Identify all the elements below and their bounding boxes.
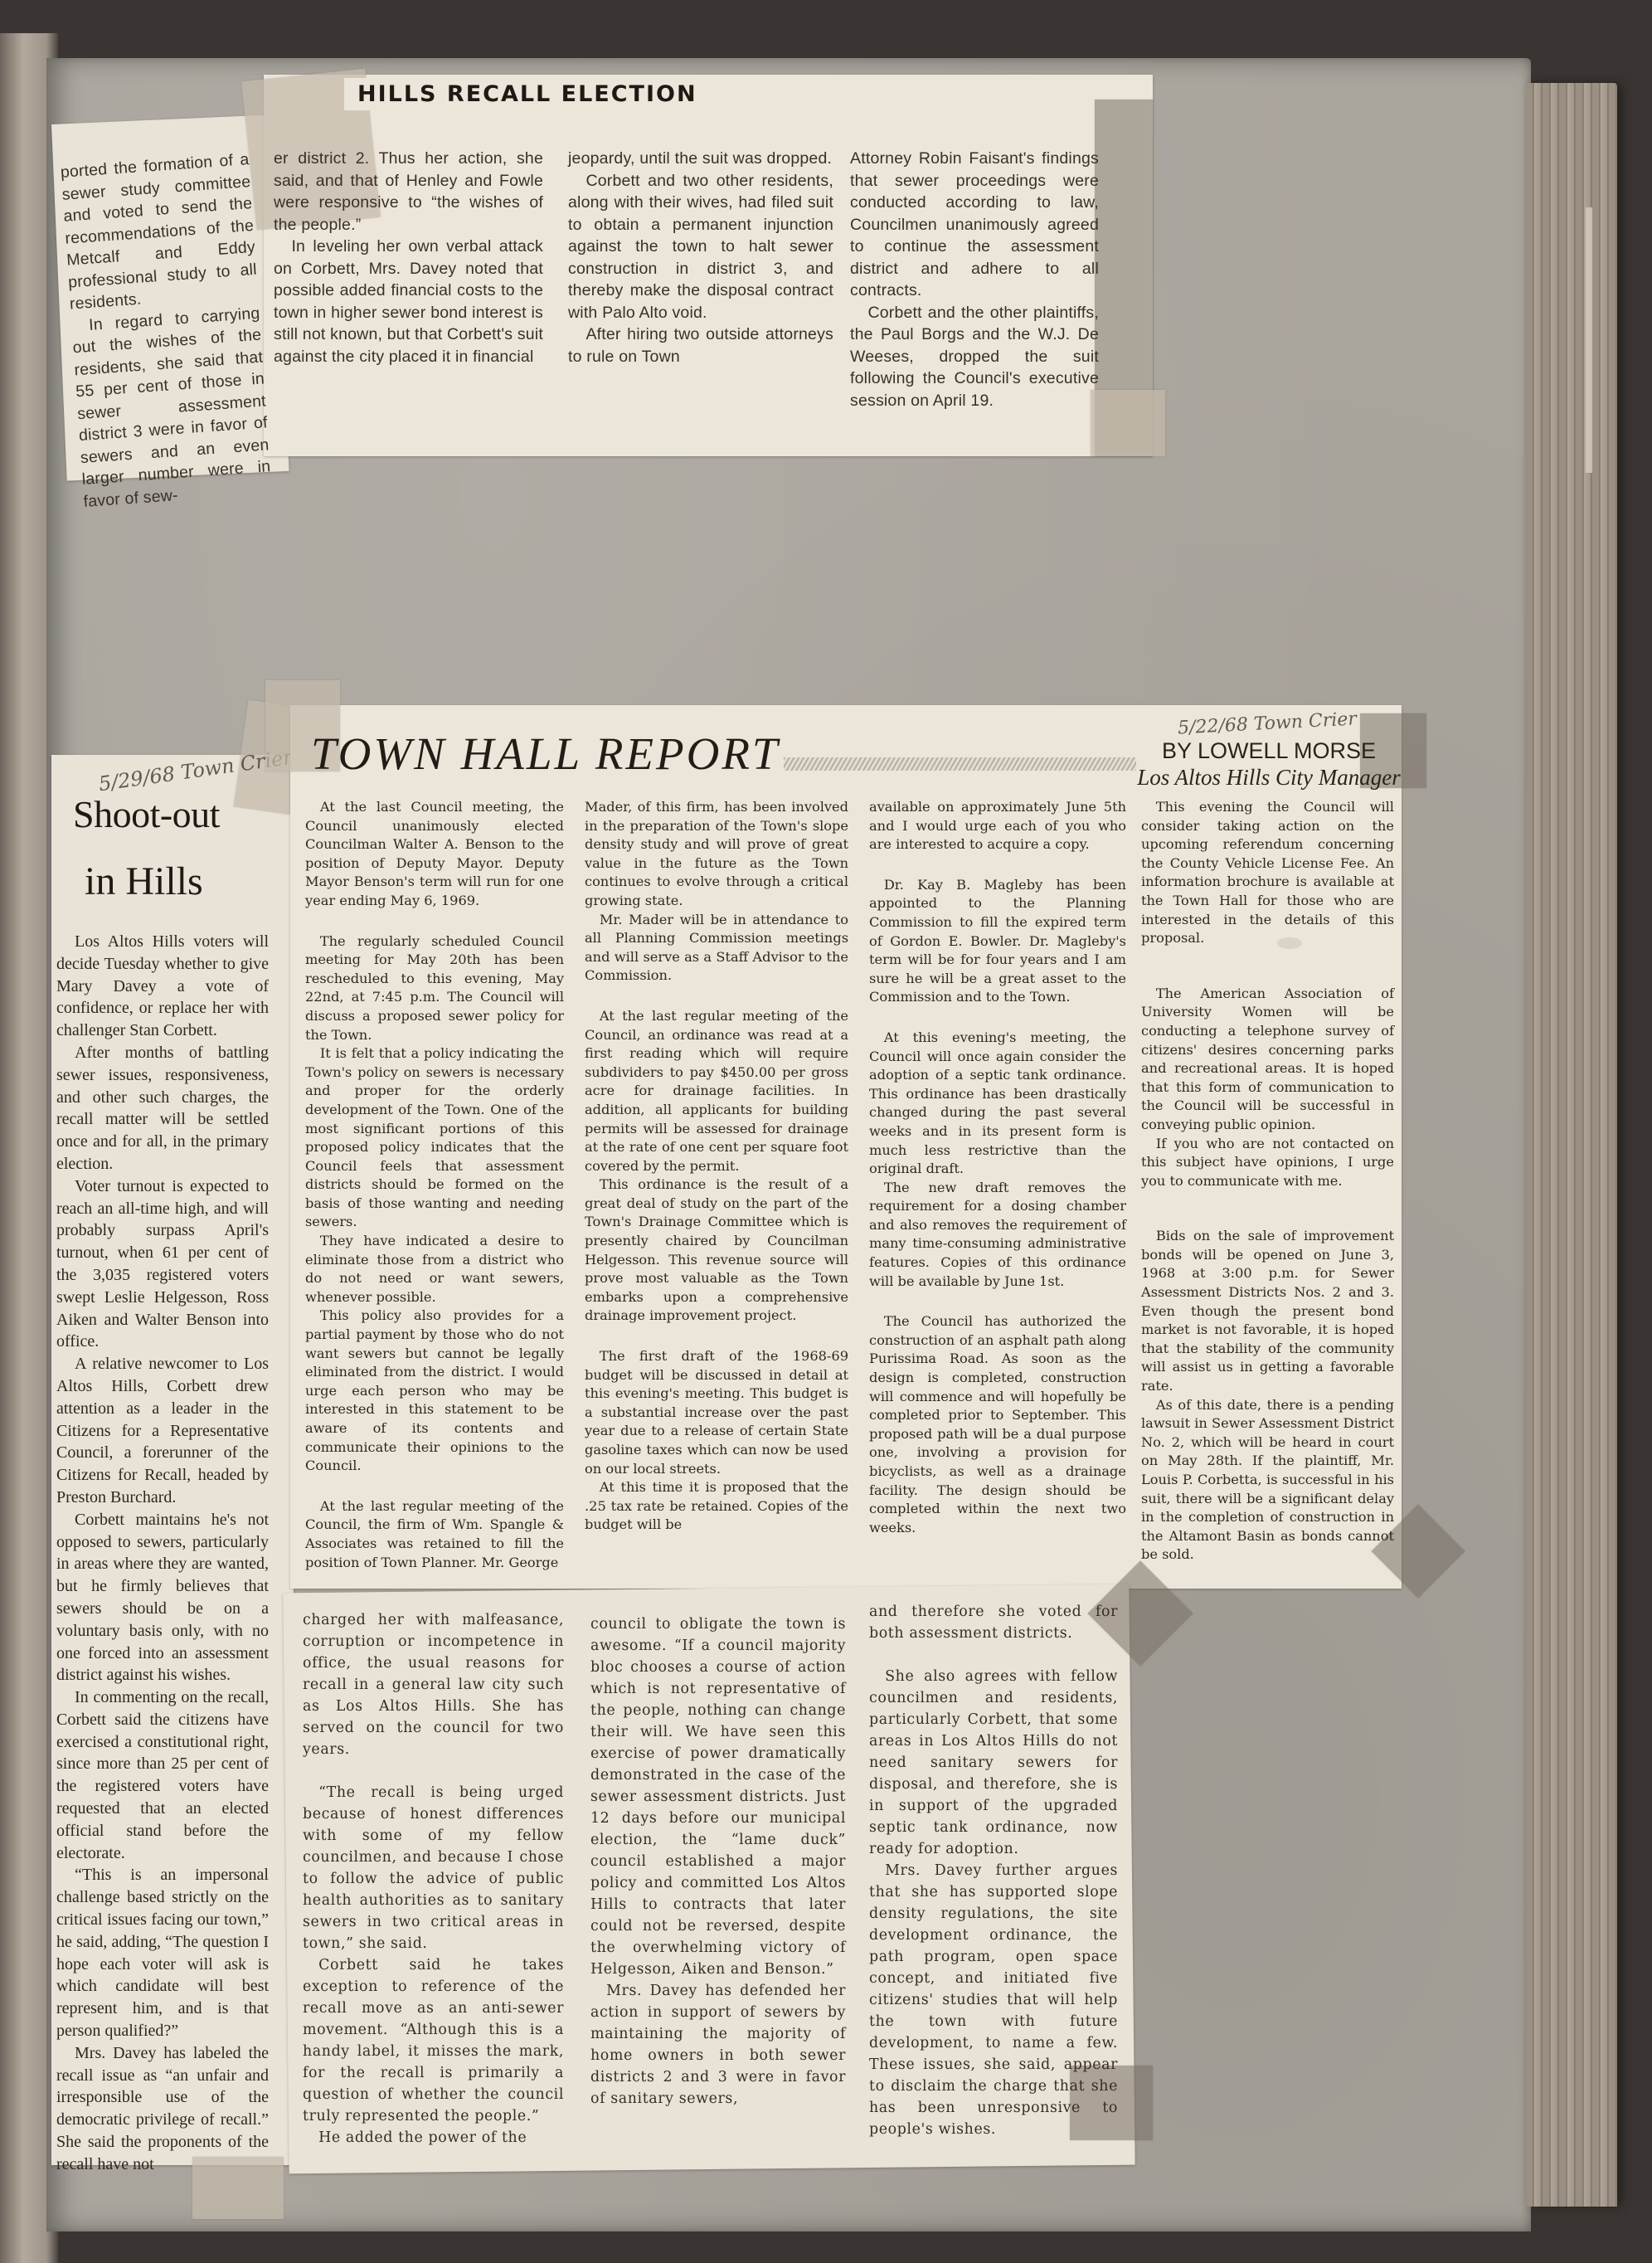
- article-paragraph: Los Altos Hills voters will decide Tuesd…: [56, 931, 269, 1042]
- article-column-3: jeopardy, until the suit was dropped. Co…: [568, 148, 833, 367]
- page-stack-edge: [1526, 83, 1617, 2207]
- article-paragraph: In leveling her own verbal attack on Cor…: [274, 236, 543, 367]
- article-paragraph: Voter turnout is expected to reach an al…: [56, 1175, 269, 1353]
- article-column-4: Attorney Robin Faisant's findings that s…: [850, 148, 1099, 411]
- headline-line-1: Shoot-out: [73, 792, 220, 836]
- article-paragraph: “This is an impersonal challenge based s…: [56, 1864, 269, 2042]
- headline-line-2: in Hills: [85, 859, 203, 904]
- article-column-2: council to obligate the town is awesome.…: [590, 1613, 846, 2110]
- report-paragraph: At this time it is proposed that the .25…: [585, 1478, 848, 1535]
- report-paragraph: This ordinance is the result of a great …: [585, 1175, 848, 1326]
- article-paragraph: council to obligate the town is awesome.…: [590, 1613, 846, 1980]
- report-paragraph: Dr. Kay B. Magleby has been appointed to…: [869, 876, 1126, 1007]
- report-paragraph: The Council has authorized the construct…: [869, 1312, 1126, 1537]
- article-paragraph: Mrs. Davey further argues that she has s…: [869, 1860, 1118, 2140]
- byline-title: Los Altos Hills City Manager: [1128, 765, 1410, 791]
- article-paragraph: Corbett maintains he's not opposed to se…: [56, 1509, 269, 1686]
- article-column-1: charged her with malfeasance, corruption…: [303, 1609, 564, 2149]
- article-paragraph: After hiring two outside attorneys to ru…: [568, 324, 833, 367]
- article-paragraph: Mrs. Davey has defended her action in su…: [590, 1980, 846, 2110]
- report-column-1: At the last Council meeting, the Council…: [305, 798, 564, 1572]
- article-paragraph: Corbett said he takes exception to refer…: [303, 1954, 564, 2127]
- article-paragraph: ported the formation of a sewer study co…: [60, 148, 259, 315]
- article-paragraph: He added the power of the: [303, 2127, 564, 2149]
- article-paragraph: Mrs. Davey has labeled the recall issue …: [56, 2042, 269, 2176]
- report-paragraph: The American Association of University W…: [1141, 985, 1394, 1135]
- article-column-2: er district 2. Thus her action, she said…: [274, 148, 543, 367]
- report-paragraph: If you who are not contacted on this sub…: [1141, 1135, 1394, 1191]
- report-paragraph: At the last Council meeting, the Council…: [305, 798, 564, 911]
- report-paragraph: It is felt that a policy indicating the …: [305, 1044, 564, 1232]
- article-paragraph: jeopardy, until the suit was dropped.: [568, 148, 833, 170]
- byline: BY LOWELL MORSE: [1136, 738, 1402, 764]
- report-paragraph: Bids on the sale of improvement bonds wi…: [1141, 1227, 1394, 1395]
- title-rule-decoration: [784, 757, 1136, 771]
- report-column-3: available on approximately June 5th and …: [869, 798, 1126, 1537]
- report-paragraph: As of this date, there is a pending laws…: [1141, 1396, 1394, 1565]
- report-paragraph: The new draft removes the requirement fo…: [869, 1179, 1126, 1292]
- report-column-2: Mader, of this firm, has been involved i…: [585, 798, 848, 1535]
- report-title: TOWN HALL REPORT: [311, 728, 780, 780]
- report-column-4: This evening the Council will consider t…: [1141, 798, 1394, 1565]
- article-paragraph: Attorney Robin Faisant's findings that s…: [850, 148, 1099, 302]
- article-paragraph: A relative newcomer to Los Altos Hills, …: [56, 1353, 269, 1509]
- report-paragraph: At the last regular meeting of the Counc…: [305, 1497, 564, 1572]
- report-paragraph: This evening the Council will consider t…: [1141, 798, 1394, 948]
- report-paragraph: The regularly scheduled Council meeting …: [305, 932, 564, 1045]
- article-column: Los Altos Hills voters will decide Tuesd…: [56, 931, 269, 2176]
- ink-smudge: [1277, 937, 1302, 949]
- article-paragraph: “The recall is being urged because of ho…: [303, 1782, 564, 1954]
- report-paragraph: At the last regular meeting of the Counc…: [585, 1007, 848, 1175]
- report-paragraph: Mader, of this firm, has been involved i…: [585, 798, 848, 911]
- report-paragraph: At this evening's meeting, the Council w…: [869, 1029, 1126, 1179]
- article-paragraph: She also agrees with fellow councilmen a…: [869, 1666, 1118, 1860]
- article-paragraph: er district 2. Thus her action, she said…: [274, 148, 543, 236]
- report-paragraph: The first draft of the 1968-69 budget wi…: [585, 1347, 848, 1478]
- article-paragraph: charged her with malfeasance, corruption…: [303, 1609, 564, 1760]
- article-paragraph: In commenting on the recall, Corbett sai…: [56, 1686, 269, 1864]
- article-paragraph: After months of battling sewer issues, r…: [56, 1042, 269, 1175]
- report-paragraph: available on approximately June 5th and …: [869, 798, 1126, 854]
- report-paragraph: This policy also provides for a partial …: [305, 1307, 564, 1475]
- article-paragraph: Corbett and the other plaintiffs, the Pa…: [850, 302, 1099, 412]
- report-paragraph: They have indicated a desire to eliminat…: [305, 1232, 564, 1307]
- article-paragraph: In regard to carrying out the wishes of …: [70, 302, 273, 513]
- article-column-1: ported the formation of a sewer study co…: [60, 148, 273, 513]
- article-column-3: and therefore she voted for both assessm…: [869, 1601, 1118, 2140]
- clipping-headline: HILLS RECALL ELECTION: [344, 78, 711, 110]
- tape-strip: [1091, 390, 1165, 456]
- article-paragraph: Corbett and two other residents, along w…: [568, 170, 833, 324]
- report-paragraph: Mr. Mader will be in attendance to all P…: [585, 911, 848, 985]
- article-paragraph: and therefore she voted for both assessm…: [869, 1601, 1118, 1644]
